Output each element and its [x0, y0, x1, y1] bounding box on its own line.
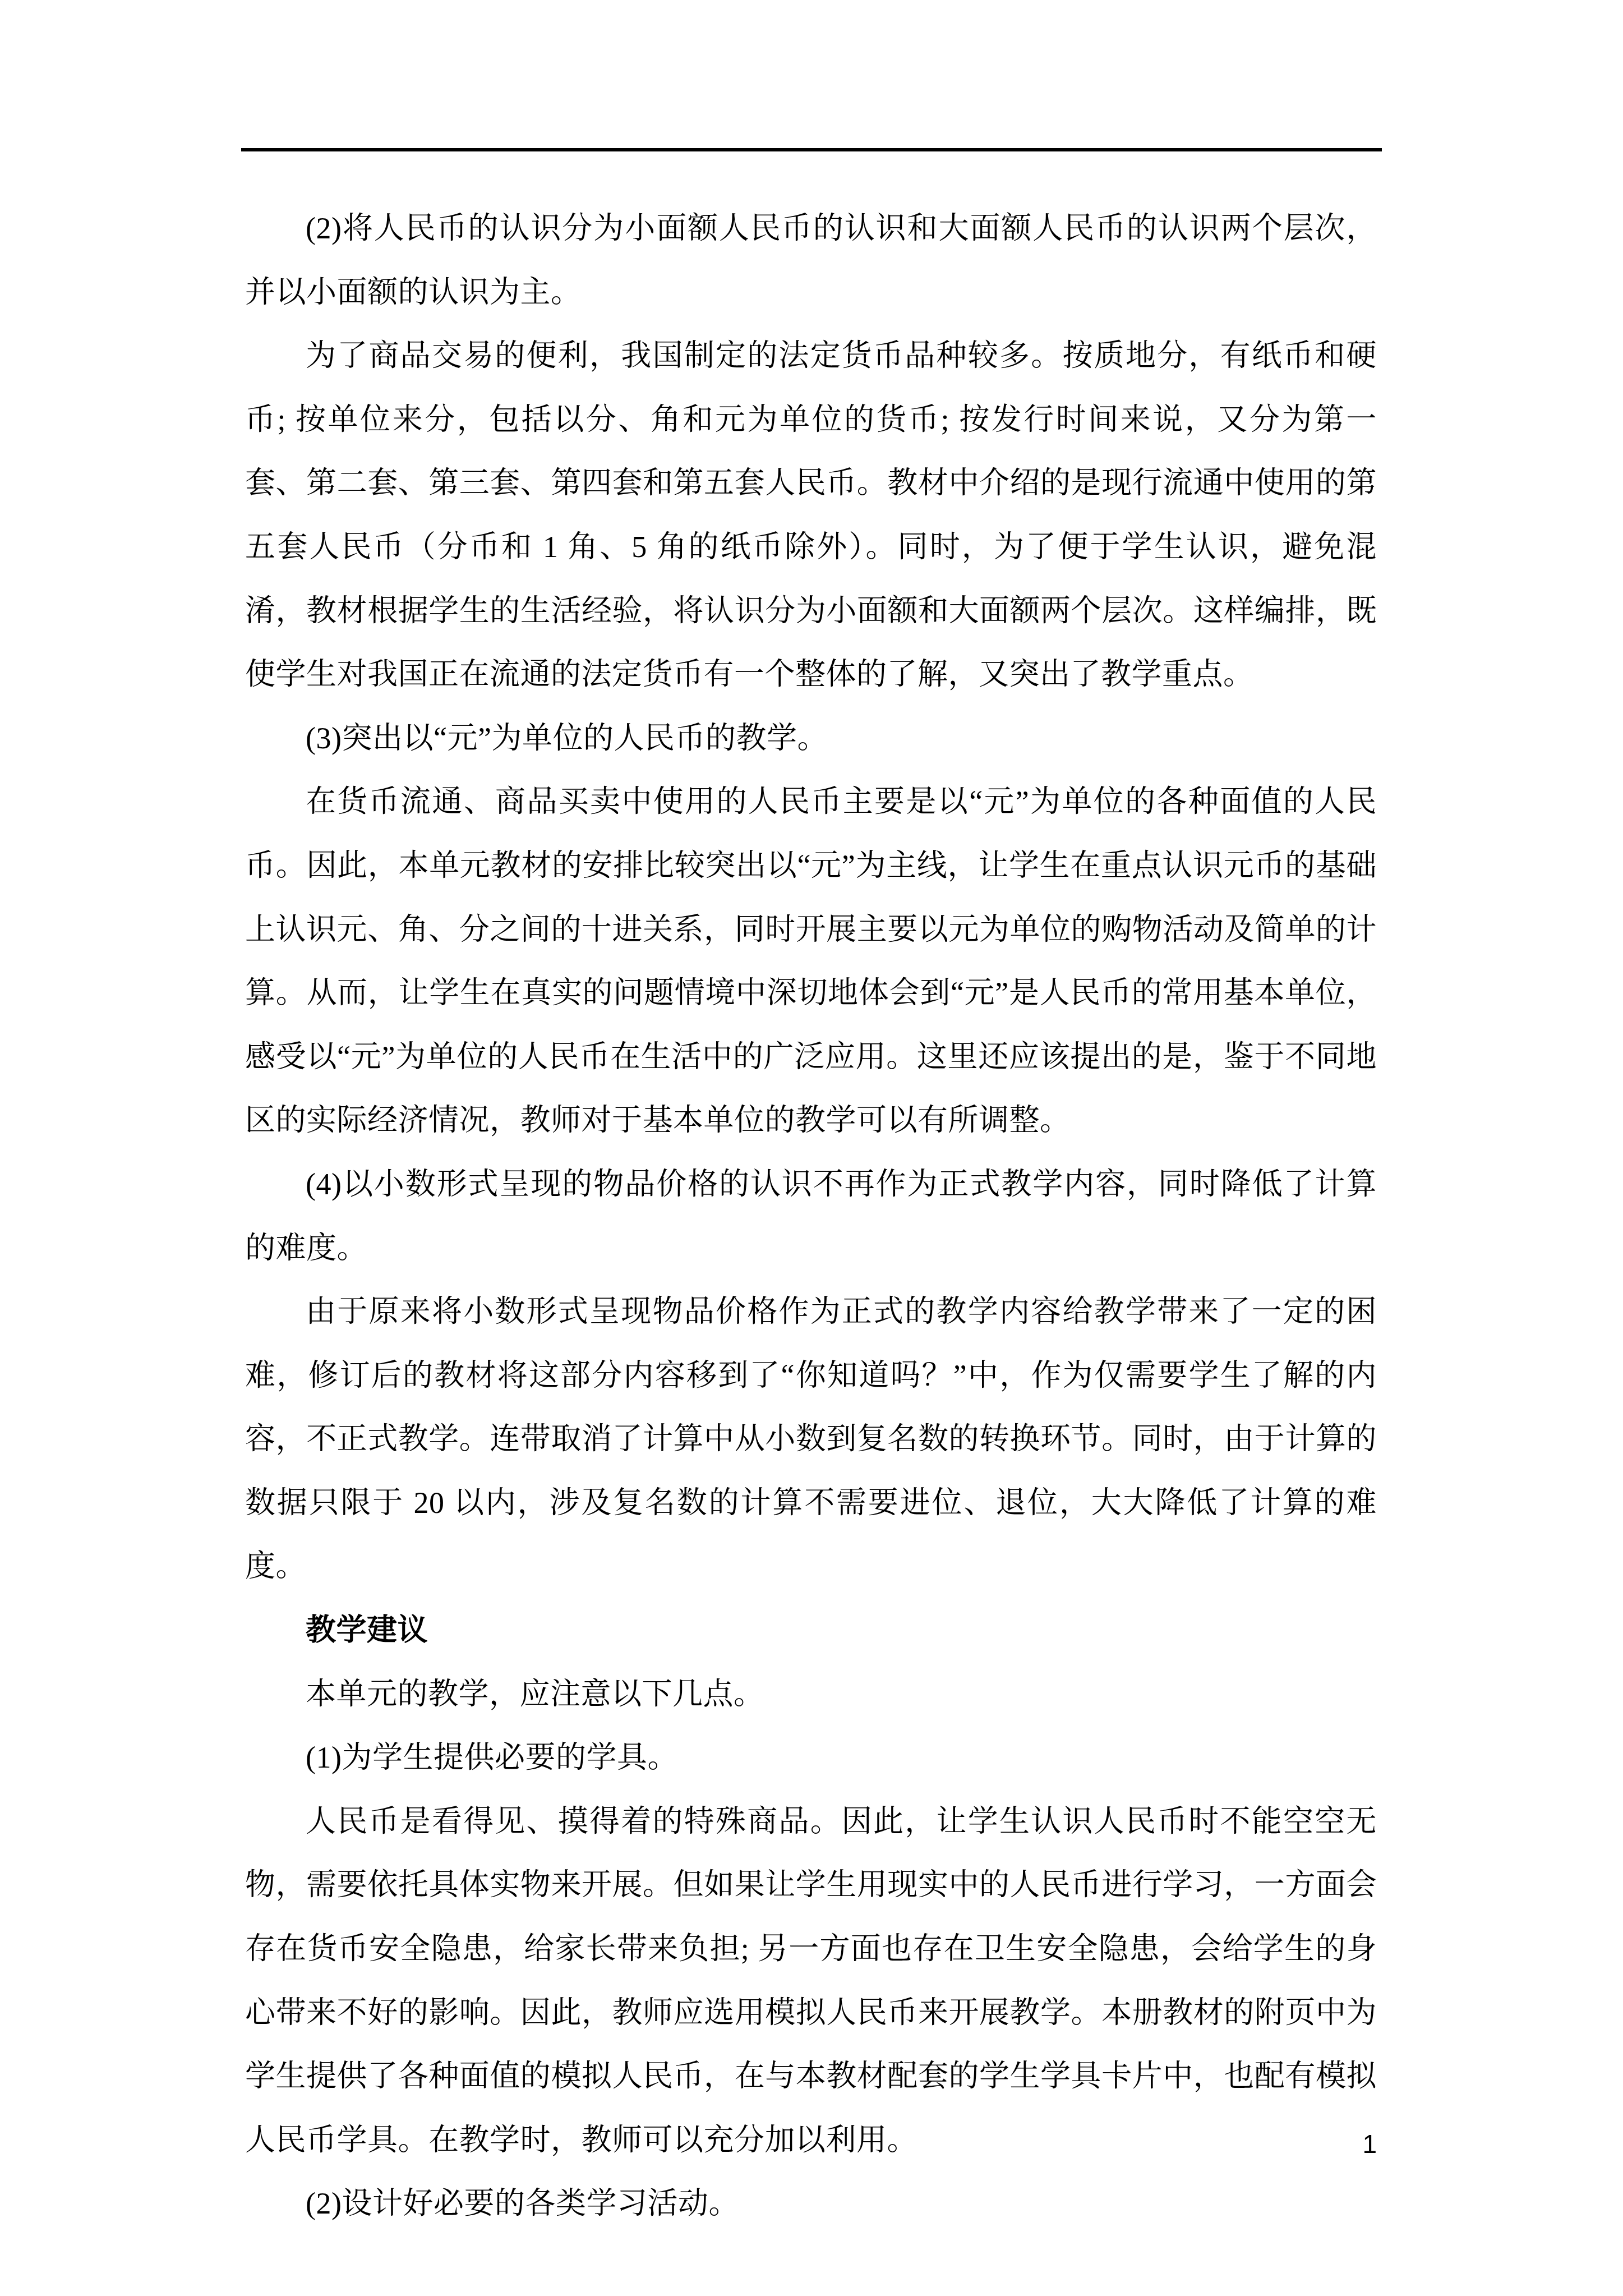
paragraph: 人民币是看得见、摸得着的特殊商品。因此，让学生认识人民币时不能空空无物，需要依托… — [245, 1790, 1377, 2173]
section-heading: 教学建议 — [245, 1599, 1377, 1663]
document-body: (2)将人民币的认识分为小面额人民币的认识和大面额人民币的认识两个层次，并以小面… — [245, 197, 1377, 2236]
paragraph: 为了商品交易的便利，我国制定的法定货币品种较多。按质地分，有纸币和硬币; 按单位… — [245, 324, 1377, 707]
paragraph: 由于原来将小数形式呈现物品价格作为正式的教学内容给教学带来了一定的困难，修订后的… — [245, 1280, 1377, 1599]
page-number: 1 — [1362, 2129, 1377, 2159]
paragraph: (2)设计好必要的各类学习活动。 — [245, 2172, 1377, 2236]
header-divider — [241, 148, 1382, 151]
paragraph: (1)为学生提供必要的学具。 — [245, 1726, 1377, 1790]
paragraph: (4)以小数形式呈现的物品价格的认识不再作为正式教学内容，同时降低了计算的难度。 — [245, 1153, 1377, 1280]
paragraph: (3)突出以“元”为单位的人民币的教学。 — [245, 707, 1377, 771]
paragraph: 在货币流通、商品买卖中使用的人民币主要是以“元”为单位的各种面值的人民币。因此，… — [245, 770, 1377, 1153]
paragraph: (2)将人民币的认识分为小面额人民币的认识和大面额人民币的认识两个层次，并以小面… — [245, 197, 1377, 324]
document-page: (2)将人民币的认识分为小面额人民币的认识和大面额人民币的认识两个层次，并以小面… — [0, 0, 1623, 2296]
page-footer: 1 — [245, 2129, 1377, 2159]
paragraph: 本单元的教学，应注意以下几点。 — [245, 1663, 1377, 1727]
